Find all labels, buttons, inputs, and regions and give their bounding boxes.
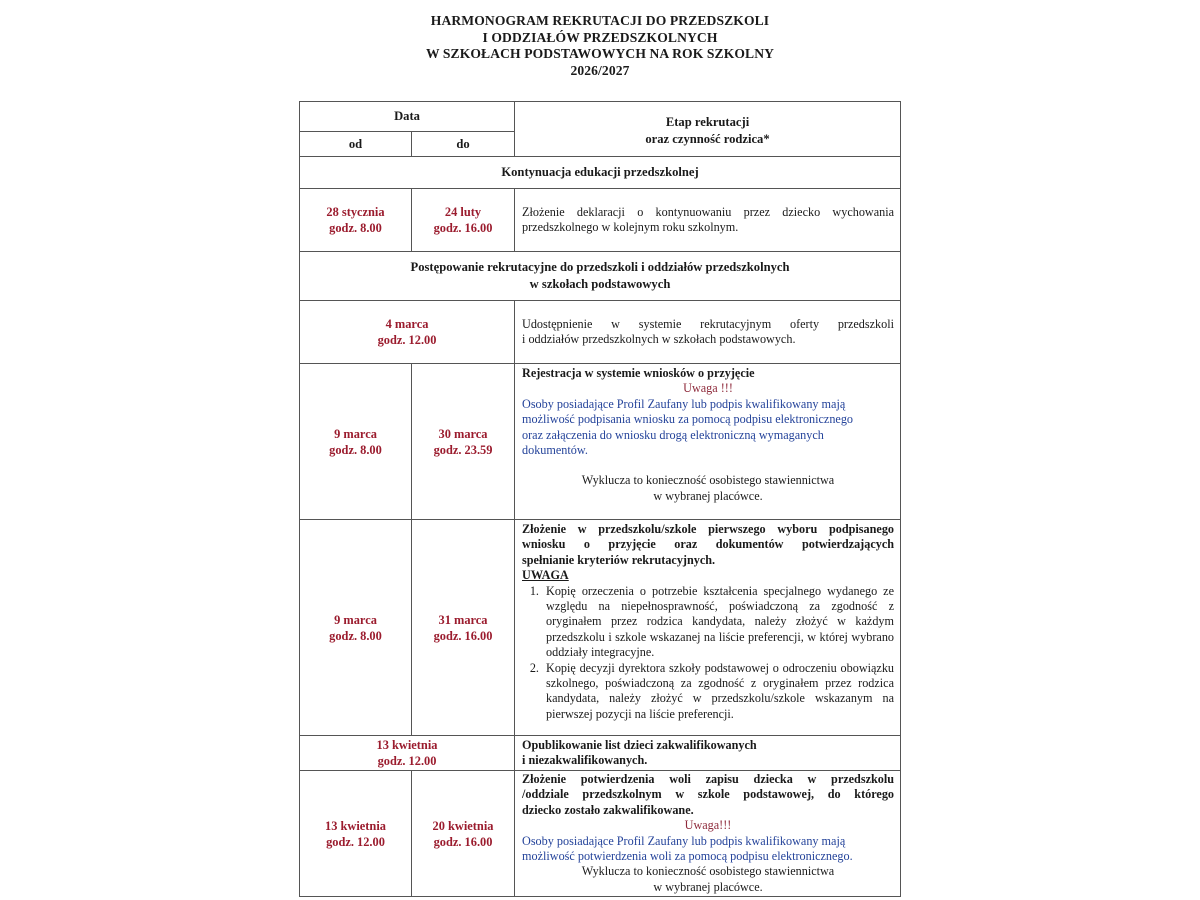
stage-description: Złożenie deklaracji o kontynuowaniu prze… (515, 189, 901, 252)
stage-title: Rejestracja w systemie wniosków o przyję… (522, 366, 894, 381)
to-time: godz. 16.00 (412, 834, 514, 850)
from-time: godz. 12.00 (300, 834, 411, 850)
to-date-cell: 24 luty godz. 16.00 (412, 189, 515, 252)
from-time: godz. 8.00 (300, 220, 411, 236)
to-time: godz. 16.00 (412, 220, 514, 236)
table-row: 13 kwietnia godz. 12.00 20 kwietnia godz… (300, 771, 901, 897)
section-title-line: Postępowanie rekrutacyjne do przedszkoli… (300, 259, 900, 276)
info-line: oraz załączenia do wniosku drogą elektro… (522, 428, 894, 443)
stage-title-line: /oddziale przedszkolnym w szkole podstaw… (522, 787, 894, 802)
section-title-recruitment: Postępowanie rekrutacyjne do przedszkoli… (300, 252, 901, 301)
note-line: Wyklucza to konieczność osobistego stawi… (522, 473, 894, 488)
to-date: 20 kwietnia (412, 818, 514, 834)
to-date: 31 marca (412, 612, 514, 628)
title-line: 2026/2027 (0, 63, 1200, 80)
header-stage-line: oraz czynność rodzica* (515, 131, 900, 148)
table-row: 4 marca godz. 12.00 Udostępnienie w syst… (300, 301, 901, 364)
document-title: HARMONOGRAM REKRUTACJI DO PRZEDSZKOLI I … (0, 13, 1200, 79)
from-date-cell: 9 marca godz. 8.00 (300, 520, 412, 736)
stage-title-line: dziecko zostało zakwalifikowane. (522, 803, 894, 818)
header-to: do (412, 132, 515, 157)
from-date: 9 marca (300, 612, 411, 628)
from-date: 28 stycznia (300, 204, 411, 220)
list-item: Kopię orzeczenia o potrzebie kształcenia… (542, 584, 894, 661)
from-date-cell: 13 kwietnia godz. 12.00 (300, 771, 412, 897)
from-date: 9 marca (300, 426, 411, 442)
to-date-cell: 20 kwietnia godz. 16.00 (412, 771, 515, 897)
desc-line: Opublikowanie list dzieci zakwalifikowan… (522, 738, 894, 753)
warning-label: Uwaga !!! (522, 381, 894, 396)
table-row: 9 marca godz. 8.00 30 marca godz. 23.59 … (300, 364, 901, 520)
stage-description: Udostępnienie w systemie rekrutacyjnym o… (515, 301, 901, 364)
to-date-cell: 30 marca godz. 23.59 (412, 364, 515, 520)
info-line: dokumentów. (522, 443, 894, 458)
warning-label: Uwaga!!! (522, 818, 894, 833)
desc-line: Złożenie deklaracji o kontynuowaniu prze… (522, 205, 894, 220)
stage-description: Złożenie w przedszkolu/szkole pierwszego… (515, 520, 901, 736)
date-cell: 13 kwietnia godz. 12.00 (300, 736, 515, 771)
title-line: W SZKOŁACH PODSTAWOWYCH NA ROK SZKOLNY (0, 46, 1200, 63)
header-date: Data (300, 102, 515, 132)
info-line: możliwość podpisania wniosku za pomocą p… (522, 412, 894, 427)
table-row: 13 kwietnia godz. 12.00 Opublikowanie li… (300, 736, 901, 771)
table-row: 28 stycznia godz. 8.00 24 luty godz. 16.… (300, 189, 901, 252)
title-line: I ODDZIAŁÓW PRZEDSZKOLNYCH (0, 30, 1200, 47)
recruitment-schedule-table: Data Etap rekrutacji oraz czynność rodzi… (299, 101, 901, 897)
time: godz. 12.00 (300, 332, 514, 348)
header-stage-line: Etap rekrutacji (515, 114, 900, 131)
info-line: Osoby posiadające Profil Zaufany lub pod… (522, 397, 894, 412)
table-row: 9 marca godz. 8.00 31 marca godz. 16.00 … (300, 520, 901, 736)
stage-description: Złożenie potwierdzenia woli zapisu dziec… (515, 771, 901, 897)
desc-line: Udostępnienie w systemie rekrutacyjnym o… (522, 317, 894, 332)
from-date-cell: 28 stycznia godz. 8.00 (300, 189, 412, 252)
to-date-cell: 31 marca godz. 16.00 (412, 520, 515, 736)
to-date: 24 luty (412, 204, 514, 220)
section-title-continuation: Kontynuacja edukacji przedszkolnej (300, 157, 901, 189)
desc-line: i niezakwalifikowanych. (522, 753, 894, 768)
from-time: godz. 8.00 (300, 442, 411, 458)
from-date: 13 kwietnia (300, 818, 411, 834)
stage-title-line: spełnianie kryteriów rekrutacyjnych. (522, 553, 894, 568)
info-line: Osoby posiadające Profil Zaufany lub pod… (522, 834, 894, 849)
to-time: godz. 23.59 (412, 442, 514, 458)
date: 4 marca (300, 316, 514, 332)
note-line: Wyklucza to konieczność osobistego stawi… (522, 864, 894, 879)
date: 13 kwietnia (300, 737, 514, 753)
desc-line: przedszkolnego w kolejnym roku szkolnym. (522, 220, 894, 235)
from-date-cell: 9 marca godz. 8.00 (300, 364, 412, 520)
to-time: godz. 16.00 (412, 628, 514, 644)
stage-description: Rejestracja w systemie wniosków o przyję… (515, 364, 901, 520)
from-time: godz. 8.00 (300, 628, 411, 644)
to-date: 30 marca (412, 426, 514, 442)
list-item: Kopię decyzji dyrektora szkoły podstawow… (542, 661, 894, 723)
desc-line: i oddziałów przedszkolnych w szkołach po… (522, 332, 894, 347)
stage-title-line: Złożenie potwierdzenia woli zapisu dziec… (522, 772, 894, 787)
header-stage: Etap rekrutacji oraz czynność rodzica* (515, 102, 901, 157)
stage-title-line: wniosku o przyjęcie oraz dokumentów potw… (522, 537, 894, 552)
info-line: możliwość potwierdzenia woli za pomocą p… (522, 849, 894, 864)
date-cell: 4 marca godz. 12.00 (300, 301, 515, 364)
note-line: w wybranej placówce. (522, 489, 894, 504)
header-from: od (300, 132, 412, 157)
requirements-list: Kopię orzeczenia o potrzebie kształcenia… (522, 584, 894, 723)
note-line: w wybranej placówce. (522, 880, 894, 895)
section-title-line: w szkołach podstawowych (300, 276, 900, 293)
time: godz. 12.00 (300, 753, 514, 769)
uwaga-label: UWAGA (522, 568, 894, 583)
stage-description: Opublikowanie list dzieci zakwalifikowan… (515, 736, 901, 771)
title-line: HARMONOGRAM REKRUTACJI DO PRZEDSZKOLI (0, 13, 1200, 30)
stage-title-line: Złożenie w przedszkolu/szkole pierwszego… (522, 522, 894, 537)
